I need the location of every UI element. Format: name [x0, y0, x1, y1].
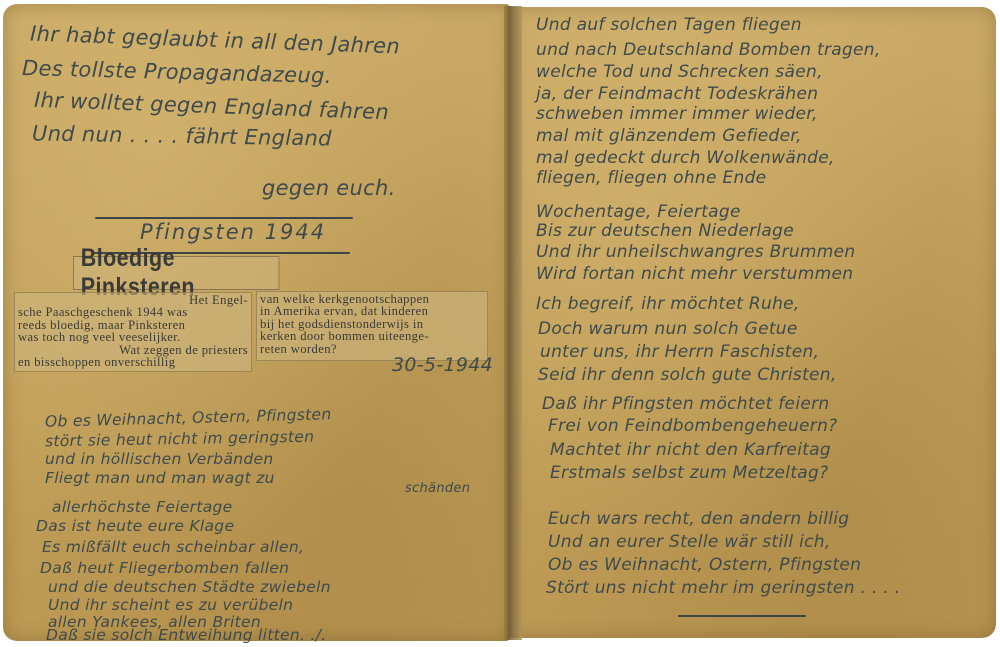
- handwritten-line: Es mißfällt euch scheinbar allen,: [42, 540, 304, 556]
- handwritten-line: Und ihr scheint es zu verübeln: [48, 598, 293, 614]
- closing-rule: [678, 615, 806, 617]
- handwritten-line: Ich begreif, ihr möchtet Ruhe,: [536, 296, 800, 313]
- handwritten-line: fliegen, fliegen ohne Ende: [536, 170, 766, 187]
- handwritten-line: und nach Deutschland Bomben tragen,: [536, 42, 881, 59]
- handwritten-line: Doch warum nun solch Getue: [538, 321, 798, 338]
- handwritten-line: mal gedeckt durch Wolkenwände,: [536, 150, 835, 167]
- handwritten-date: 30-5-1944: [392, 356, 493, 375]
- handwritten-line: schänden: [405, 482, 470, 495]
- handwritten-line: Daß ihr Pfingsten möchtet feiern: [542, 396, 829, 413]
- clipping-text-line: sche Paaschgeschenk 1944 was: [18, 306, 248, 318]
- handwritten-line: Daß heut Fliegerbomben fallen: [40, 561, 289, 577]
- handwritten-line: Fliegt man und man wagt zu: [45, 471, 275, 487]
- clipping-headline: Bloedige Pinksteren: [73, 256, 279, 290]
- handwritten-line: Und an eurer Stelle wär still ich,: [548, 534, 831, 551]
- handwritten-line: Ob es Weihnacht, Ostern, Pfingsten: [548, 557, 861, 574]
- notebook-spine: [504, 6, 522, 640]
- handwritten-line: mal mit glänzendem Gefieder,: [536, 128, 802, 145]
- handwritten-line: Wochentage, Feiertage: [536, 204, 741, 221]
- handwritten-line: und in höllischen Verbänden: [45, 452, 273, 468]
- section-title: Pfingsten 1944: [140, 222, 326, 243]
- handwritten-line: welche Tod und Schrecken säen,: [536, 64, 823, 81]
- handwritten-line: ja, der Feindmacht Todeskrähen: [536, 86, 818, 103]
- handwritten-line: Und ihr unheilschwangres Brummen: [536, 244, 855, 261]
- title-rule-top: [95, 217, 353, 219]
- handwritten-line: Stört uns nicht mehr im geringsten . . .…: [546, 580, 900, 597]
- handwritten-line: Und nun . . . . fährt England: [32, 123, 332, 149]
- handwritten-line: Seid ihr denn solch gute Christen,: [538, 367, 837, 384]
- handwritten-line: allerhöchste Feiertage: [52, 500, 233, 516]
- handwritten-line: und die deutschen Städte zwiebeln: [48, 580, 331, 596]
- clipping-text-line: en bisschoppen onverschillig: [18, 356, 248, 368]
- clipping-text-line: was toch nog veel veeselijker.: [18, 331, 248, 343]
- handwritten-line: Machtet ihr nicht den Karfreitag: [550, 442, 831, 459]
- handwritten-line: Wird fortan nicht mehr verstummen: [536, 266, 853, 283]
- handwritten-line: Daß sie solch Entweihung litten. ./.: [46, 628, 326, 644]
- handwritten-line: Das ist heute eure Klage: [36, 519, 234, 535]
- handwritten-line: Bis zur deutschen Niederlage: [536, 223, 794, 240]
- handwritten-line: Frei von Feindbombengeheuern?: [548, 418, 838, 435]
- handwritten-line: Euch wars recht, den andern billig: [548, 511, 849, 528]
- handwritten-line: gegen euch.: [262, 178, 396, 199]
- handwritten-line: schweben immer immer wieder,: [536, 106, 818, 123]
- clipping-text-line: in Amerika ervan, dat kinderen: [260, 305, 484, 317]
- handwritten-line: unter uns, ihr Herrn Faschisten,: [540, 344, 819, 361]
- clipping-column-1: Het Engel- sche Paaschgeschenk 1944 was …: [14, 292, 252, 372]
- handwritten-line: Erstmals selbst zum Metzeltag?: [550, 465, 828, 482]
- handwritten-line: Und auf solchen Tagen fliegen: [536, 17, 802, 34]
- clipping-column-2: van welke kerkgenootschappen in Amerika …: [256, 291, 488, 361]
- clipping-text-line: kerken door bommen uiteenge-: [260, 330, 484, 342]
- notebook-spread: Ihr habt geglaubt in all den Jahren Des …: [0, 0, 1000, 647]
